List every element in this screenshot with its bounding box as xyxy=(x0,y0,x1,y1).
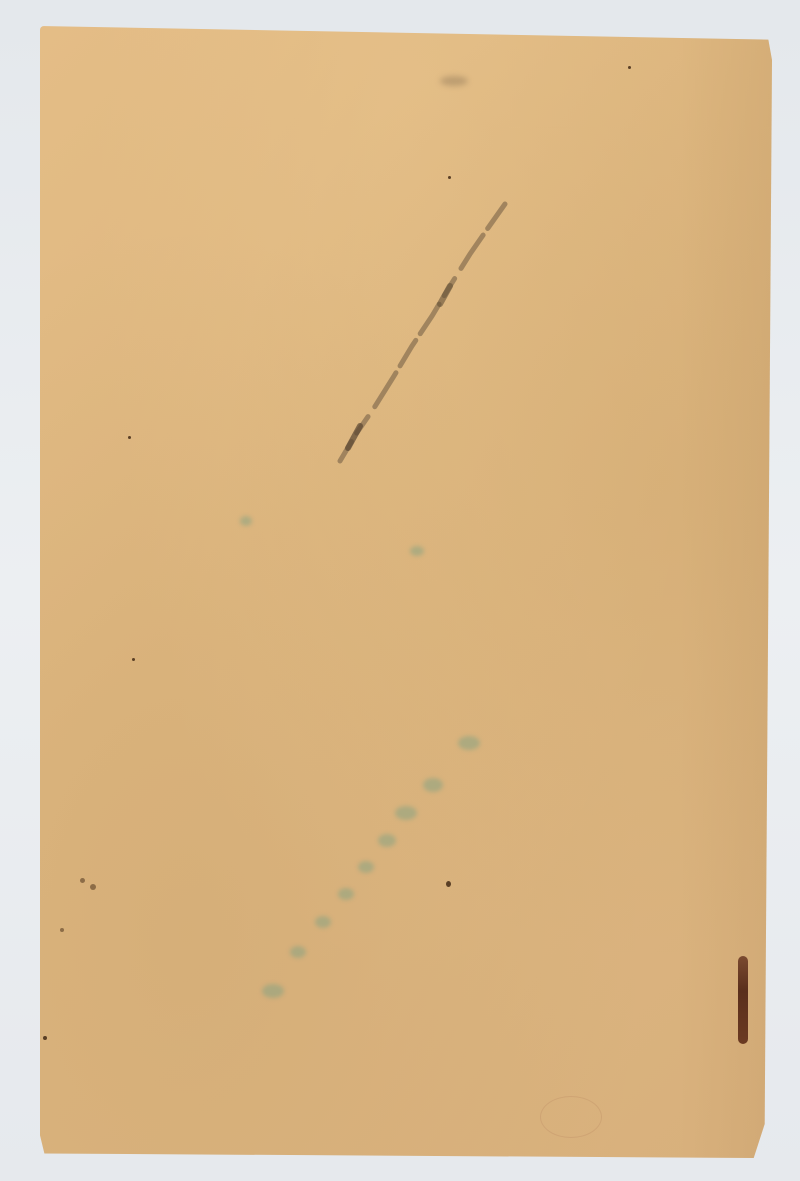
edge-shading xyxy=(680,26,772,1158)
green-stain xyxy=(458,736,480,750)
diagonal-smudge xyxy=(300,176,540,476)
speck xyxy=(628,66,631,69)
green-stain xyxy=(358,861,374,873)
green-stain xyxy=(290,946,306,958)
green-stain xyxy=(338,888,354,900)
speck xyxy=(90,884,96,890)
green-stain xyxy=(378,834,396,847)
green-stain xyxy=(240,516,252,526)
speck xyxy=(446,881,451,887)
green-stain xyxy=(262,984,284,998)
background-surface xyxy=(0,0,800,1181)
speck xyxy=(60,928,64,932)
speck xyxy=(448,176,451,179)
green-stain xyxy=(315,916,331,928)
speck xyxy=(80,878,85,883)
green-stain xyxy=(395,806,417,820)
paper-card xyxy=(40,26,772,1158)
speck xyxy=(132,658,135,661)
rust-stain xyxy=(738,956,748,1044)
green-stain xyxy=(423,778,443,792)
speck xyxy=(43,1036,47,1040)
green-stain xyxy=(410,546,424,556)
ring-stain xyxy=(540,1096,602,1138)
speck xyxy=(128,436,131,439)
speck xyxy=(440,76,468,86)
